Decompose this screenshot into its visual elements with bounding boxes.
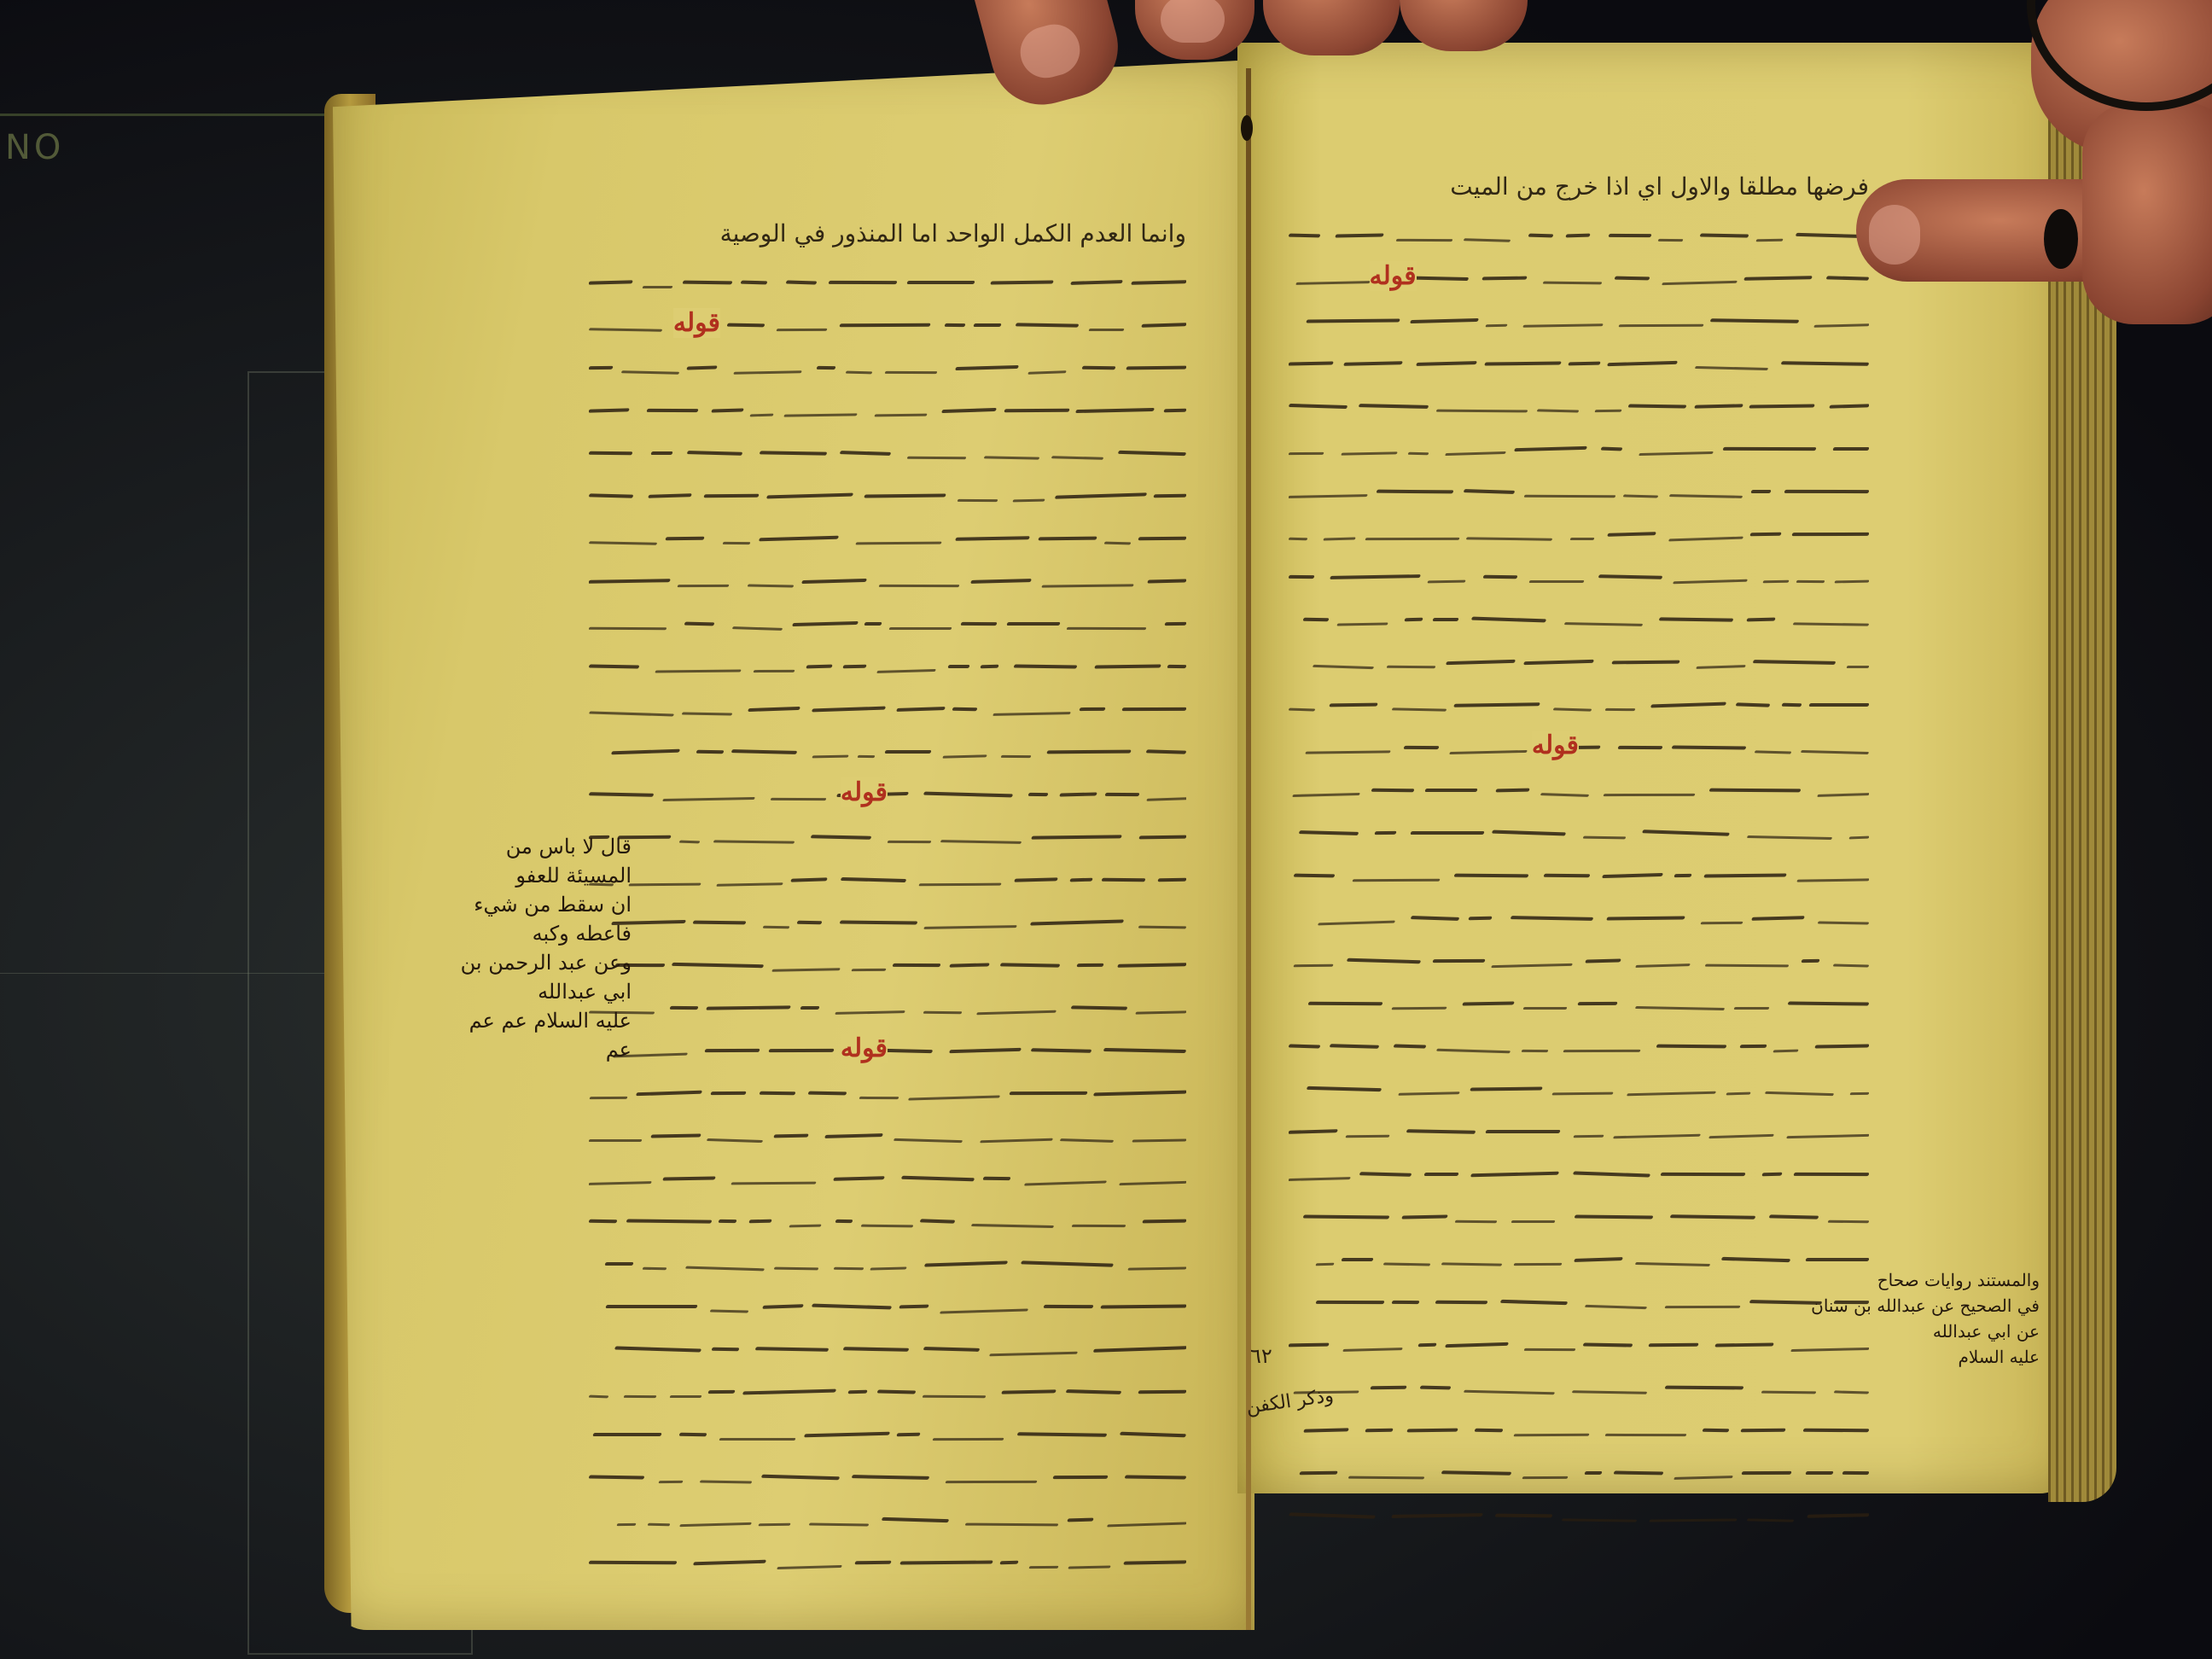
ink-word [626,1219,713,1223]
left-page-text-block: وانما العدم الكمل الواحد اما المنذور في … [589,218,1186,1583]
ink-word [884,750,932,754]
ink-word [1067,627,1147,630]
ink-word [1343,361,1403,366]
ink-word [1522,1476,1569,1479]
ink-word [589,1395,608,1399]
ink-word [1481,276,1528,281]
ink-word [1289,452,1324,455]
opening-text: وانما العدم الكمل الواحد اما المنذور في … [720,219,1186,247]
ink-word [940,1308,1028,1313]
ink-word [1293,874,1335,878]
ink-word [1289,234,1321,238]
ink-word [980,1138,1053,1144]
ink-word [1432,959,1485,963]
ink-word [920,1219,956,1223]
text-line [1289,1024,1869,1067]
ink-word [1462,1001,1515,1005]
ink-word [762,1304,803,1309]
ink-word [1406,1129,1476,1134]
ink-word [771,968,841,972]
ink-word [1342,1348,1403,1352]
ink-word [1796,878,1869,882]
ink-word [1289,1045,1321,1049]
ink-word [722,542,750,544]
ink-word [666,537,705,541]
text-line [589,1114,1186,1156]
ink-word [807,1091,847,1096]
ink-word [907,457,967,460]
ink-word [1749,533,1782,537]
ink-word [678,841,700,844]
ink-word [1031,1048,1092,1053]
ink-word [1107,1522,1186,1528]
text-line [589,1071,1186,1114]
ink-word [1425,789,1479,792]
text-line [1289,1365,1869,1408]
text-line [589,431,1186,474]
ink-word [1753,660,1837,665]
ink-word [1341,451,1398,455]
ink-word [1038,537,1097,541]
ink-word [1464,1390,1555,1395]
ink-word [711,1348,740,1352]
ink-word [1410,318,1479,323]
ink-word [1092,1346,1186,1353]
text-line: قوله [1289,725,1869,768]
ink-word [1453,702,1540,707]
ink-word [1336,623,1388,626]
ink-word [1484,361,1562,365]
ink-word [1618,324,1703,327]
ink-word [957,499,998,502]
ink-word [1289,1512,1376,1518]
ink-word [1121,707,1186,711]
ink-word [1702,1429,1730,1432]
text-line [1289,299,1869,341]
ink-word [706,1005,790,1010]
ink-word [770,798,826,800]
ink-word [1468,917,1493,921]
rubric-word: قوله [841,1033,888,1063]
ink-word [1765,1091,1834,1096]
ink-word [924,925,1018,929]
ink-word [646,409,698,412]
ink-word [759,1091,795,1096]
ink-word [648,493,692,498]
ink-word [1335,233,1384,237]
ink-word [947,665,970,668]
ink-word [1145,749,1186,754]
ink-word [860,1225,913,1228]
ink-word [1289,538,1307,541]
ink-word [847,1390,867,1394]
ink-word [686,365,718,370]
ink-word [1833,1390,1869,1394]
ink-word [949,963,990,967]
ink-word [1828,1220,1869,1224]
mat-guide-line [0,114,341,116]
ink-word [1762,580,1789,583]
ink-word [642,286,672,288]
right-margin-note: والمستند روايات صحاح في الصحيح عن عبدالل… [1784,1267,2040,1370]
ink-word [790,877,828,882]
open-manuscript: وانما العدم الكمل الواحد اما المنذور في … [333,26,2116,1647]
ink-word [945,323,967,327]
ink-word [741,281,768,285]
ink-word [1781,361,1869,366]
ink-word [589,451,632,456]
ink-word [1648,1343,1699,1347]
ink-word [1016,323,1080,327]
ink-word [1070,878,1094,882]
ink-word [887,841,931,843]
ink-word [1650,1518,1738,1522]
ink-word [1436,410,1528,413]
ink-word [932,1438,1004,1441]
ink-word [833,1267,864,1271]
ink-word [1031,835,1122,839]
ink-word [945,1481,1037,1483]
ink-word [1805,1258,1869,1261]
ink-word [923,1011,962,1014]
ink-word [1348,1476,1424,1480]
ink-word [1353,879,1441,882]
text-line [1289,597,1869,640]
ink-word [1123,1560,1186,1564]
ink-word [1781,703,1802,707]
ink-word [896,1433,920,1437]
ink-word [1664,1386,1743,1390]
ink-word [889,627,952,630]
ink-word [1524,1348,1576,1351]
ink-word [766,493,854,499]
ink-word [1825,276,1869,280]
ink-word [982,1177,1011,1180]
ink-word [1006,622,1060,626]
ink-word [1102,878,1146,882]
ink-word [1395,239,1452,242]
ink-word [733,370,802,374]
ink-word [1070,280,1123,285]
text-line [589,260,1186,303]
ink-word [1416,361,1477,366]
ink-word [1289,1343,1330,1348]
ink-word [808,1522,869,1526]
text-line [1289,1493,1869,1536]
ink-word [1077,963,1104,967]
text-line [1289,768,1869,811]
text-line: فرضها مطلقا والاول اي اذا خرج من الميت [1289,171,1869,213]
ink-word [810,835,870,840]
ink-word [1146,797,1186,801]
ink-word [589,579,671,584]
ink-word [1454,874,1529,878]
ink-word [1656,1045,1726,1049]
ink-word [1710,318,1800,323]
ink-word [1669,1214,1755,1220]
ink-word [1371,1386,1407,1389]
ink-word [1298,830,1359,835]
ink-word [1141,323,1186,328]
ink-word [1528,234,1553,238]
ink-word [1817,793,1869,797]
rubric-word: قوله [841,777,888,807]
ink-word [589,1561,678,1564]
ink-word [684,622,715,626]
ink-word [678,585,731,587]
ink-word [893,963,941,967]
ink-word [1394,1044,1427,1048]
text-line [1289,555,1869,597]
ink-word [1607,916,1685,920]
ink-word [1674,874,1692,877]
ink-word [589,664,640,668]
ink-word [1470,617,1545,623]
ink-word [990,280,1054,284]
ink-word [1634,1262,1709,1266]
text-line [589,986,1186,1028]
ink-word [1495,789,1529,793]
ink-word [758,1523,790,1527]
ink-word [1009,1091,1088,1095]
ink-word [1138,1390,1186,1394]
ink-word [1761,1391,1817,1394]
ink-word [940,840,1021,844]
ink-word [589,408,630,412]
ink-word [1345,1135,1389,1138]
ink-word [1522,323,1604,327]
ink-word [643,1267,667,1270]
ink-word [833,1176,885,1181]
ink-word [1289,575,1315,579]
ink-word [1701,922,1744,924]
text-line [589,687,1186,730]
ink-word [1445,1342,1509,1348]
ink-word [1849,1092,1869,1095]
ink-word [704,1049,760,1052]
ink-word [1787,1001,1869,1005]
ink-word [812,1304,892,1310]
ink-word [1119,1432,1186,1438]
ink-word [1470,1172,1559,1178]
ink-word [964,1523,1057,1527]
ink-word [692,921,747,925]
ink-word [1330,1044,1379,1049]
ink-word [1303,618,1330,622]
margin-note-line: عليه السلام [1784,1344,2040,1370]
ink-word [1617,746,1662,749]
ink-word [1614,276,1650,281]
ink-word [1406,1429,1458,1433]
text-line [589,602,1186,644]
text-line [589,815,1186,858]
ink-word [754,670,795,672]
ink-word [1157,878,1186,882]
text-line [589,1412,1186,1455]
ink-word [876,669,935,673]
ink-word [1514,1263,1563,1266]
ink-word [589,1139,643,1142]
rubric-word: قوله [1370,261,1417,291]
text-line [1289,1195,1869,1237]
ink-word [1815,1045,1869,1049]
ink-word [835,1220,854,1223]
margin-note-line: عليه السلام عم عم عم [444,1006,632,1064]
ink-word [621,370,680,375]
ink-word [1303,1428,1349,1432]
ink-word [682,712,732,715]
ink-word [1485,1130,1560,1133]
text-line [1289,1451,1869,1493]
ink-word [589,280,633,284]
ink-word [1708,1134,1774,1138]
ink-word [1726,1092,1752,1096]
ink-word [777,1565,841,1569]
ink-word [1842,1471,1869,1475]
ink-word [1536,409,1579,412]
ink-word [1289,1177,1351,1181]
ink-word [801,579,867,584]
ink-word [1043,1305,1093,1308]
ink-word [1305,750,1391,754]
ink-word [1486,324,1508,328]
ink-word [1136,1010,1186,1014]
ink-word [943,754,988,758]
ink-word [624,1395,657,1398]
ink-word [1802,1429,1869,1433]
ink-word [1642,829,1731,836]
ink-word [1081,366,1116,370]
ink-word [923,1260,1008,1266]
text-line [589,858,1186,900]
ink-word [589,366,614,370]
right-palm [2082,102,2212,324]
ink-word [1131,280,1186,285]
ink-word [1792,533,1869,536]
ink-word [941,408,997,413]
ink-word [589,711,674,716]
ink-word [1100,1305,1186,1309]
ink-word [1411,916,1460,921]
ink-word [1119,1181,1186,1185]
ink-word [1522,1050,1549,1052]
ink-word [1330,574,1421,579]
ink-word [1639,451,1714,456]
ink-word [1118,451,1186,456]
ink-word [1483,575,1518,579]
ink-word [952,707,978,712]
ink-word [960,622,997,626]
ink-word [1041,584,1133,587]
ink-word [858,755,876,758]
ink-word [1289,361,1334,365]
ink-word [870,1266,908,1270]
ink-word [1365,538,1459,540]
ink-word [1445,451,1505,456]
ink-word [1769,1214,1819,1219]
ink-word [840,877,906,882]
ink-word [1391,707,1447,711]
binding-thread [1241,115,1253,141]
ink-word [669,1395,701,1398]
ink-word [829,281,899,284]
margin-note-line: في الصحيح عن عبدالله بن سنان عن ابي عبدا… [1784,1293,2040,1344]
ink-word [1474,1429,1504,1433]
ink-word [1553,707,1592,711]
ink-word [1628,405,1687,409]
ink-word [1103,542,1131,545]
ink-word [1522,1007,1567,1010]
ink-word [1023,1180,1106,1185]
ink-word [589,1181,652,1185]
ink-word [759,536,840,542]
ink-word [1068,1565,1110,1569]
text-line [589,1498,1186,1540]
ink-word [1016,1432,1107,1436]
ink-word [589,792,655,797]
ink-word [1523,660,1594,665]
ink-word [1138,835,1186,840]
ink-word [1582,836,1626,840]
ink-word [874,414,927,417]
folio-number: ٦٢ [1250,1344,1272,1368]
ink-word [1773,1050,1799,1053]
ink-word [840,323,932,327]
ink-word [840,451,891,456]
ink-word [1464,238,1511,242]
ink-word [1708,789,1801,793]
ink-word [1749,404,1815,408]
ink-word [1602,873,1663,878]
ink-word [1404,618,1423,622]
ink-word [1391,1007,1447,1010]
ink-word [1289,708,1315,712]
ink-word [906,281,975,284]
ink-word [1359,1172,1412,1177]
ink-word [1013,499,1045,503]
ink-word [1514,446,1587,451]
text-line [589,346,1186,388]
ink-word [854,1561,892,1565]
ink-word [1570,538,1595,540]
ink-word [1142,1220,1186,1224]
ink-word [1306,1086,1381,1091]
lanyard-bead [2044,209,2078,269]
ink-word [1801,750,1869,754]
ink-word [1598,574,1663,579]
ink-word [1817,921,1869,924]
ink-word [604,1262,634,1266]
ink-word [1470,1087,1543,1091]
ink-word [614,1346,701,1352]
ink-word [1565,234,1591,238]
ink-word [1607,532,1656,537]
ink-word [1365,1429,1393,1433]
ink-word [1635,1006,1725,1010]
ink-word [1398,1091,1460,1096]
ink-word [1491,963,1572,968]
ink-word [682,281,732,285]
ink-word [1315,1301,1385,1304]
ink-word [1735,702,1770,707]
ink-word [711,1091,748,1095]
text-line [1289,341,1869,384]
ink-word [700,1480,753,1483]
ink-word [918,883,1001,887]
ink-word [1030,919,1125,925]
ink-word [731,749,798,754]
ink-word [1494,1514,1552,1518]
